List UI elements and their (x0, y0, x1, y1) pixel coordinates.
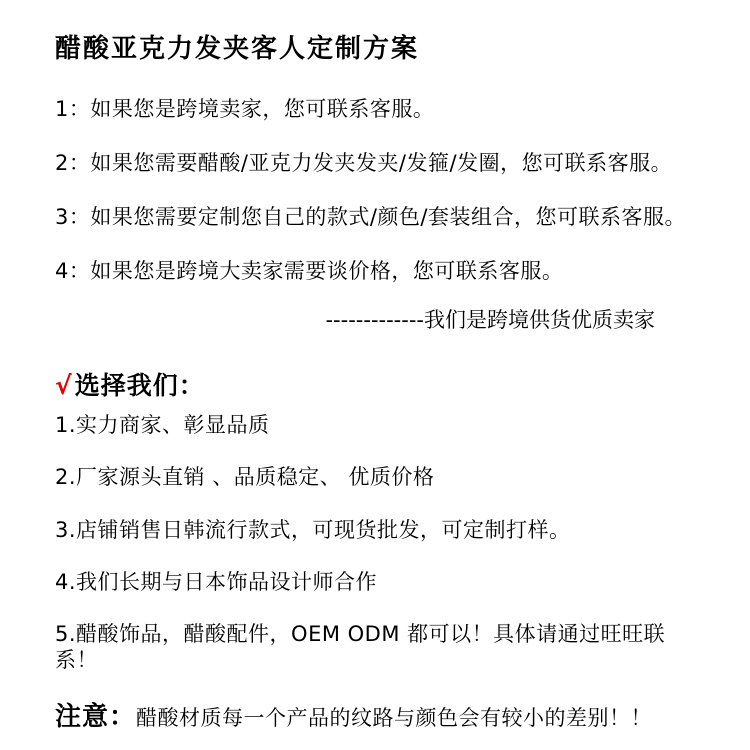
why-us-item-2: 2.厂家源头直销 、品质稳定、 优质价格 (55, 464, 695, 490)
why-us-item-3: 3.店铺销售日韩流行款式，可现货批发，可定制打样。 (55, 517, 695, 543)
custom-plan-item-3: 3：如果您需要定制您自己的款式/颜色/套装组合，您可联系客服。 (55, 204, 695, 230)
why-us-item-4: 4.我们长期与日本饰品设计师合作 (55, 569, 695, 595)
custom-plan-item-1: 1：如果您是跨境卖家，您可联系客服。 (55, 96, 695, 122)
notice-label: 注意： (55, 702, 136, 732)
red-checkmark-icon: √ (55, 371, 75, 400)
page-title: 醋酸亚克力发夹客人定制方案 (55, 33, 695, 66)
why-us-list: 1.实力商家、彰显品质 2.厂家源头直销 、品质稳定、 优质价格 3.店铺销售日… (55, 412, 695, 674)
notice-line: 注意：醋酸材质每一个产品的纹路与颜色会有较小的差别！！ (55, 702, 695, 733)
why-us-item-1: 1.实力商家、彰显品质 (55, 412, 695, 438)
supplier-note: -------------我们是跨境供货优质卖家 (55, 307, 655, 333)
why-us-heading-label: 选择我们： (75, 371, 205, 400)
custom-plan-item-2: 2：如果您需要醋酸/亚克力发夹发夹/发箍/发圈，您可联系客服。 (55, 150, 695, 176)
custom-plan-item-4: 4：如果您是跨境大卖家需要谈价格，您可联系客服。 (55, 258, 695, 284)
product-description-page: 醋酸亚克力发夹客人定制方案 1：如果您是跨境卖家，您可联系客服。 2：如果您需要… (0, 0, 750, 750)
why-us-item-5: 5.醋酸饰品，醋酸配件，OEM ODM 都可以！具体请通过旺旺联系！ (55, 621, 695, 674)
why-us-heading: √选择我们： (55, 370, 695, 401)
custom-plan-list: 1：如果您是跨境卖家，您可联系客服。 2：如果您需要醋酸/亚克力发夹发夹/发箍/… (55, 96, 695, 285)
notice-text: 醋酸材质每一个产品的纹路与颜色会有较小的差别！！ (136, 706, 652, 730)
